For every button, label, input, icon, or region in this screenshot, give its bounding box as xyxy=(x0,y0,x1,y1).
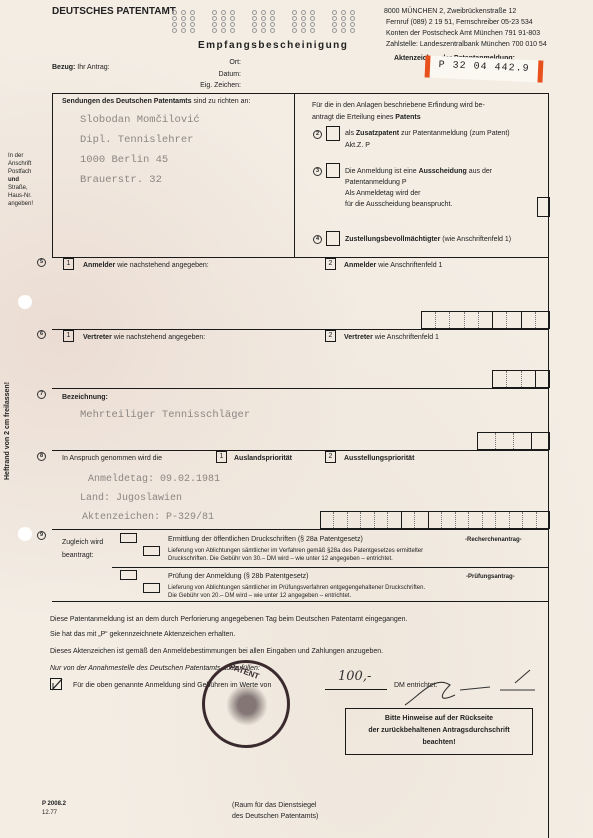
text-bold: Anmelder xyxy=(344,262,376,269)
priority-date: Anmeldetag: 09.02.1981 xyxy=(80,470,220,489)
applicant-address: Slobodan Momčilović Dipl. Tennislehrer 1… xyxy=(80,110,200,190)
item-2-number: 2 xyxy=(313,130,322,139)
stamp-text: PATENT xyxy=(228,662,260,681)
text-bold: Vertreter xyxy=(344,334,373,341)
hint-line: und xyxy=(8,176,33,184)
text: wie Anschriftenfeld 1 xyxy=(375,334,439,341)
text: (wie Anschriftenfeld 1) xyxy=(442,236,511,243)
item-4-number: 4 xyxy=(313,235,322,244)
also-requested-label: Zugleich wird beantragt: xyxy=(62,536,103,562)
applicant-option-2-label: Anmelder wie Anschriftenfeld 1 xyxy=(344,261,442,270)
address-line-city: 1000 Berlin 45 xyxy=(80,150,200,170)
checkmark-icon xyxy=(51,679,63,691)
priority-details: Anmeldetag: 09.02.1981 Land: Jugoslawien… xyxy=(80,470,220,527)
search-copies-label: Lieferung von Ablichtungen sämtlicher im… xyxy=(168,547,423,563)
text-bold: Ausscheidung xyxy=(419,168,467,175)
title-label: Bezeichnung: xyxy=(62,393,108,402)
search-request-label: Ermittlung der öffentlichen Druckschrift… xyxy=(168,535,363,544)
account-line: Konten der Postscheck Amt München 791 91… xyxy=(386,29,540,38)
seal-note-1: (Raum für das Dienstsiegel xyxy=(232,801,316,810)
service-agent-label: Zustellungsbevollmächtigter (wie Anschri… xyxy=(345,235,511,244)
foreign-priority-box[interactable]: 1 xyxy=(216,451,227,463)
priority-country: Land: Jugoslawien xyxy=(80,489,220,508)
section-8-number: 8 xyxy=(37,452,46,461)
text: für die Ausscheidung beansprucht. xyxy=(345,199,492,210)
signature-icon xyxy=(400,665,540,710)
applicant-option-2-box[interactable]: 2 xyxy=(325,258,336,270)
priority-code-grid[interactable] xyxy=(320,511,550,529)
examination-request-label: Prüfung der Anmeldung (§ 28b Patentgeset… xyxy=(168,572,308,581)
text: zur Patentanmeldung (zum Patent) xyxy=(401,130,510,137)
section-9-number: 9 xyxy=(37,531,46,540)
seal-note-2: des Deutschen Patentamts) xyxy=(232,812,318,821)
text: wie Anschriftenfeld 1 xyxy=(378,262,442,269)
search-request-checkbox[interactable] xyxy=(120,533,137,543)
patent-intro: Für die in den Anlagen beschriebene Erfi… xyxy=(312,101,485,122)
perforation-date-mark xyxy=(212,10,238,33)
representative-option-1-label: Vertreter wie nachstehend angegeben: xyxy=(83,333,205,342)
receipt-line-1: Diese Patentanmeldung ist an dem durch P… xyxy=(50,615,408,624)
akt-z-label: Akt.Z. P xyxy=(345,141,510,150)
representative-option-2-box[interactable]: 2 xyxy=(325,330,336,342)
exhibition-priority-label: Ausstellungspriorität xyxy=(344,454,414,463)
hint-line: Haus-Nr. xyxy=(8,192,33,200)
text-bold: Zusatzpatent xyxy=(356,130,399,137)
search-copies-checkbox[interactable] xyxy=(143,546,160,556)
text: Die Gebühr von 20.– DM wird – wie unter … xyxy=(168,592,425,600)
text: wie nachstehend angegeben: xyxy=(114,334,205,341)
examination-request-tag: -Prüfungsantrag- xyxy=(466,573,515,581)
text: Die Anmeldung ist eine xyxy=(345,168,417,175)
address-hint: In der Anschrift Postfach und Straße, Ha… xyxy=(8,152,33,208)
section-5-number: 5 xyxy=(37,258,46,267)
patent-application-form: DEUTSCHES PATENTAMT Empfangsbescheinigun… xyxy=(0,0,593,838)
section-7-number: 7 xyxy=(37,390,46,399)
phone-line: Fernruf (089) 2 19 51, Fernschreiber 05-… xyxy=(386,18,533,27)
text-bold: Vertreter xyxy=(83,334,112,341)
item-3-number: 3 xyxy=(313,167,322,176)
eig-zeichen-label: Eig. Zeichen: xyxy=(176,81,241,90)
supplementary-patent-label: als Zusatzpatent zur Patentanmeldung (zu… xyxy=(345,129,510,150)
filing-date-field[interactable] xyxy=(537,197,550,217)
punch-hole xyxy=(18,295,32,309)
text-bold: Anmelder xyxy=(83,262,115,269)
examination-copies-label: Lieferung von Ablichtungen sämtlicher im… xyxy=(168,584,425,600)
ort-label: Ort: xyxy=(196,58,241,67)
text: als xyxy=(345,130,354,137)
exhibition-priority-box[interactable]: 2 xyxy=(325,451,336,463)
invention-title: Mehrteiliger Tennisschläger xyxy=(80,409,250,421)
section1-heading-rest: sind zu richten an: xyxy=(193,98,250,105)
applicant-code-grid[interactable] xyxy=(421,311,550,329)
eagle-emblem-icon xyxy=(227,683,267,727)
examination-copies-checkbox[interactable] xyxy=(143,583,160,593)
text: Patentanmeldung P xyxy=(345,177,492,188)
title-code-grid[interactable] xyxy=(477,432,550,450)
supplementary-patent-checkbox[interactable] xyxy=(326,126,340,141)
datum-label: Datum: xyxy=(196,70,241,79)
binding-margin-hint: Heftrand von 2 cm freilassen! xyxy=(4,382,11,480)
form-date: 12.77 xyxy=(42,809,57,817)
hint-line: angeben! xyxy=(8,200,33,208)
intro-line: antragt die Erteilung eines Patents xyxy=(312,113,485,122)
division-checkbox[interactable] xyxy=(326,163,340,178)
intro-line: Für die in den Anlagen beschriebene Erfi… xyxy=(312,101,485,110)
representative-code-grid[interactable] xyxy=(492,370,550,388)
address-line-name: Slobodan Momčilović xyxy=(80,110,200,130)
bezug-row: Bezug: Ihr Antrag: xyxy=(52,63,110,72)
text-bold: Zustellungsbevollmächtigter xyxy=(345,236,440,243)
form-code: P 2008.2 xyxy=(42,800,66,808)
text: Zugleich wird xyxy=(62,536,103,549)
payment-line: Zahlstelle: Landeszentralbank München 70… xyxy=(386,40,547,49)
receipt-title: Empfangsbescheinigung xyxy=(198,40,348,51)
representative-option-2-label: Vertreter wie Anschriftenfeld 1 xyxy=(344,333,439,342)
text: wie nachstehend angegeben: xyxy=(117,262,208,269)
bezug-label: Bezug: xyxy=(52,64,75,71)
perforation-date-mark xyxy=(172,10,198,33)
hint-line: Anschrift xyxy=(8,160,33,168)
office-name: DEUTSCHES PATENTAMT xyxy=(52,6,176,17)
representative-option-1-box[interactable]: 1 xyxy=(63,330,74,342)
applicant-option-1-label: Anmelder wie nachstehend angegeben: xyxy=(83,261,209,270)
service-agent-checkbox[interactable] xyxy=(326,231,340,246)
notice-line: Bitte Hinweise auf der Rückseite xyxy=(346,713,532,725)
perforation-date-mark xyxy=(332,10,358,33)
intro-bold: Patents xyxy=(395,114,420,121)
bezug-text: Ihr Antrag: xyxy=(77,64,109,71)
notice-line: der zurückbehaltenen Antragsdurchschrift xyxy=(346,725,532,737)
priority-file-number: Aktenzeichen: P-329/81 xyxy=(80,508,220,527)
fee-paid-checkbox[interactable] xyxy=(50,678,62,690)
intro-text: antragt die Erteilung eines xyxy=(312,114,393,121)
address-line-street: Brauerstr. 32 xyxy=(80,170,200,190)
punch-hole xyxy=(18,527,32,541)
applicant-option-1-box[interactable]: 1 xyxy=(63,258,74,270)
address-line-title: Dipl. Tennislehrer xyxy=(80,130,200,150)
section-6-number: 6 xyxy=(37,330,46,339)
hint-line: Postfach xyxy=(8,168,33,176)
receipt-line-2: Sie hat das mit „P“ gekennzeichnete Akte… xyxy=(50,630,235,639)
file-number: P 32 04 442.9 xyxy=(430,56,539,81)
section1-heading-bold: Sendungen des Deutschen Patentamts xyxy=(62,98,192,105)
official-seal-stamp: PATENT xyxy=(202,660,290,748)
division-label: Die Anmeldung ist eine Ausscheidung aus … xyxy=(345,166,492,210)
perforation-date-mark xyxy=(292,10,318,33)
search-request-tag: -Recherchenantrag- xyxy=(465,536,522,544)
section1-heading: Sendungen des Deutschen Patentamts sind … xyxy=(62,97,250,106)
text: Lieferung von Ablichtungen sämtlicher im… xyxy=(168,547,423,555)
text: Lieferung von Ablichtungen sämtlicher im… xyxy=(168,584,425,592)
text: aus der xyxy=(469,168,492,175)
foreign-priority-label: Auslandspriorität xyxy=(234,454,292,463)
hint-line: In der xyxy=(8,152,33,160)
text: Druckschriften. Die Gebühr von 30.– DM w… xyxy=(168,555,423,563)
receipt-line-3: Dieses Aktenzeichen ist gemäß den Anmeld… xyxy=(50,647,383,656)
examination-request-checkbox[interactable] xyxy=(120,570,137,580)
text: Als Anmeldetag wird der xyxy=(345,188,492,199)
fee-amount: 100,- xyxy=(338,669,371,684)
notice-line: beachten! xyxy=(346,737,532,749)
perforation-date-mark xyxy=(252,10,278,33)
priority-intro: In Anspruch genommen wird die xyxy=(62,454,162,463)
notice-box: Bitte Hinweise auf der Rückseite der zur… xyxy=(345,708,533,755)
hint-line: Straße, xyxy=(8,184,33,192)
text: beantragt: xyxy=(62,549,103,562)
file-number-sticker: P 32 04 442.9 xyxy=(425,55,544,82)
address-line: 8000 MÜNCHEN 2, Zweibrückenstraße 12 xyxy=(384,7,516,16)
